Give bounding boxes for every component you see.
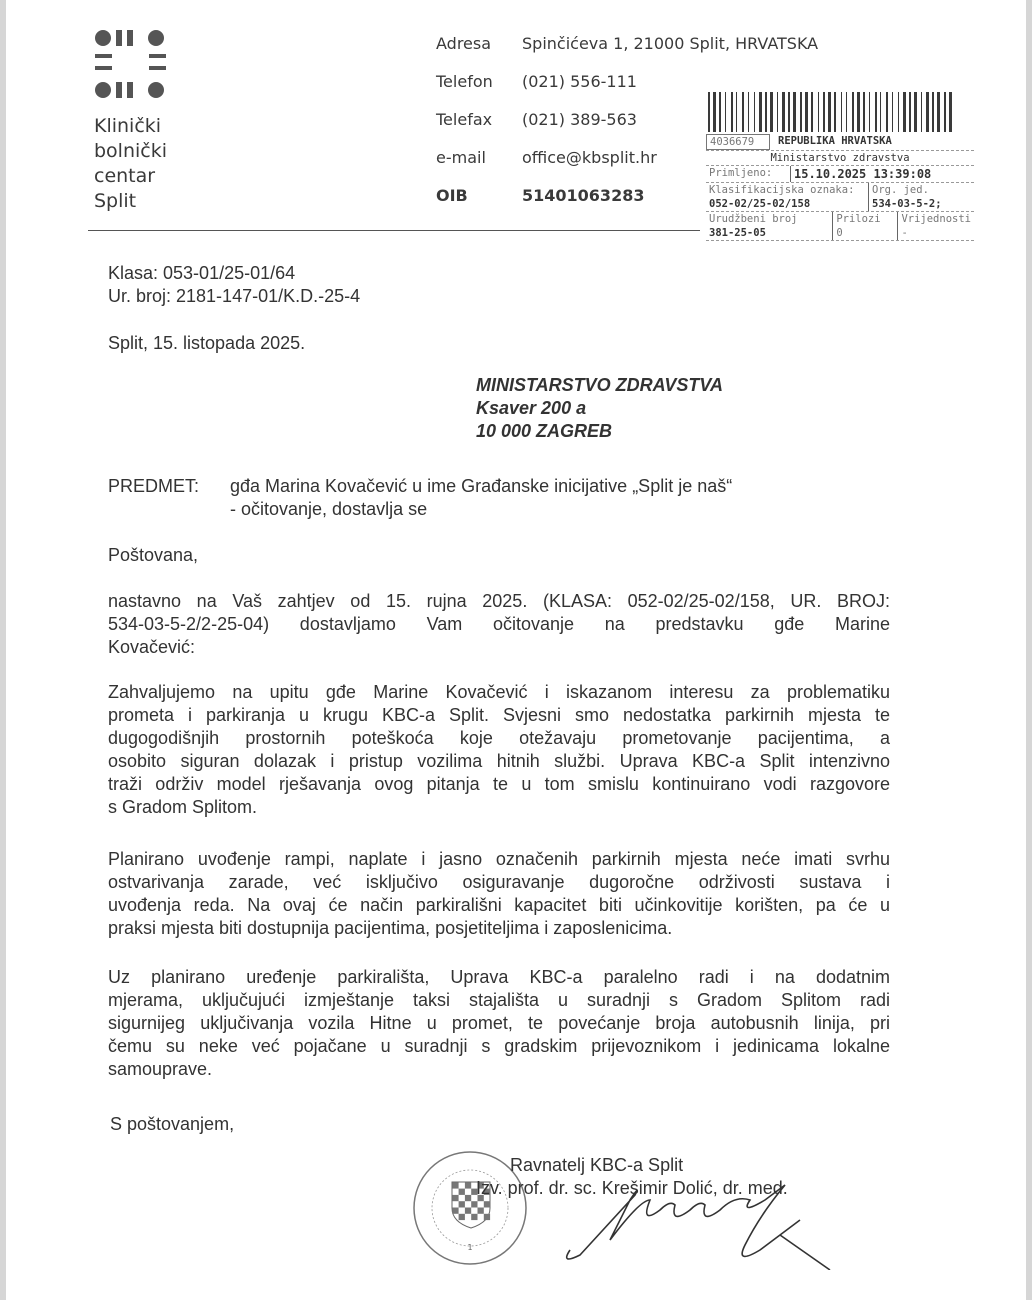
closing: S poštovanjem, bbox=[110, 1113, 234, 1136]
stamp-class-cell: Klasifikacijska oznaka: 052-02/25-02/158 bbox=[706, 183, 868, 211]
stamp-ministry: Ministarstvo zdravstva bbox=[767, 151, 912, 165]
paragraph-line: Uz planirano uređenje parkirališta, Upra… bbox=[108, 966, 890, 989]
subject: PREDMET:gđa Marina Kovačević u ime Građa… bbox=[108, 475, 732, 521]
stamp-number: 4036679 bbox=[706, 134, 770, 150]
stamp-org-value: 534-03-5-2; bbox=[869, 197, 945, 211]
paragraph-line: Planirano uvođenje rampi, naplate i jasn… bbox=[108, 848, 890, 871]
stamp-value-label: Vrijednosti bbox=[898, 212, 974, 226]
stamp-row: Urudžbeni broj 381-25-05 Prilozi 0 Vrije… bbox=[706, 212, 974, 241]
stamp-row: Klasifikacijska oznaka: 052-02/25-02/158… bbox=[706, 183, 974, 212]
receipt-stamp: 4036679 REPUBLIKA HRVATSKA Ministarstvo … bbox=[706, 134, 974, 241]
paragraph-line: samouprave. bbox=[108, 1058, 890, 1081]
recipient-line: MINISTARSTVO ZDRAVSTVA bbox=[476, 374, 723, 397]
stamp-class-value: 052-02/25-02/158 bbox=[706, 197, 868, 211]
reference-block: Klasa: 053-01/25-01/64 Ur. broj: 2181-14… bbox=[108, 262, 360, 308]
contact-label: OIB bbox=[436, 186, 522, 205]
paragraph: Planirano uvođenje rampi, naplate i jasn… bbox=[108, 848, 890, 940]
ur-broj: Ur. broj: 2181-147-01/K.D.-25-4 bbox=[108, 285, 360, 308]
subject-line: gđa Marina Kovačević u ime Građanske ini… bbox=[230, 476, 732, 496]
kbc-split-logo-icon bbox=[94, 28, 172, 104]
stamp-attachments-value: 0 bbox=[833, 226, 897, 240]
signatory-name: Izv. prof. dr. sc. Krešimir Dolić, dr. m… bbox=[470, 1177, 788, 1200]
organization-name: Klinički bolnički centar Split bbox=[94, 114, 167, 214]
letter-date: Split, 15. listopada 2025. bbox=[108, 332, 305, 355]
contact-label: Telefax bbox=[436, 110, 522, 129]
contact-value: 51401063283 bbox=[522, 186, 644, 205]
subject-line: - očitovanje, dostavlja se bbox=[108, 498, 732, 521]
stamp-class-label: Klasifikacijska oznaka: bbox=[706, 183, 868, 197]
signature-block: Ravnatelj KBC-a Split Izv. prof. dr. sc.… bbox=[470, 1154, 788, 1200]
contact-value: (021) 389-563 bbox=[522, 110, 637, 129]
stamp-regno-cell: Urudžbeni broj 381-25-05 bbox=[706, 212, 832, 240]
stamp-regno-label: Urudžbeni broj bbox=[706, 212, 832, 226]
paragraph-line: s Gradom Splitom. bbox=[108, 796, 890, 819]
signatory-title: Ravnatelj KBC-a Split bbox=[470, 1154, 788, 1177]
greeting: Poštovana, bbox=[108, 544, 198, 567]
stamp-row: Primljeno: 15.10.2025 13:39:08 bbox=[706, 166, 974, 183]
stamp-regno-value: 381-25-05 bbox=[706, 226, 832, 240]
paragraph-line: uvođenja reda. Na ovaj će način parkiral… bbox=[108, 894, 890, 917]
contact-value: office@kbsplit.hr bbox=[522, 148, 657, 167]
stamp-row: Ministarstvo zdravstva bbox=[706, 151, 974, 166]
paragraph-line: 534-03-5-2/2-25-04) dostavljamo Vam očit… bbox=[108, 613, 890, 636]
paragraph-line: praksi mjesta biti dostupnija pacijentim… bbox=[108, 917, 890, 940]
stamp-attachments-cell: Prilozi 0 bbox=[832, 212, 897, 240]
paragraph-line: sigurnijeg uključivanja vozila Hitne u p… bbox=[108, 1012, 890, 1035]
paragraph-line: prometa i parkiranja u krugu KBC-a Split… bbox=[108, 704, 890, 727]
paragraph-line: dugogodišnjih prostornih poteškoća koje … bbox=[108, 727, 890, 750]
contact-value: (021) 556-111 bbox=[522, 72, 637, 91]
letterhead-divider bbox=[88, 230, 700, 231]
paragraph-line: traži održiv model rješavanja ovog pitan… bbox=[108, 773, 890, 796]
paragraph: Uz planirano uređenje parkirališta, Upra… bbox=[108, 966, 890, 1081]
recipient-line: Ksaver 200 a bbox=[476, 397, 723, 420]
klasa: Klasa: 053-01/25-01/64 bbox=[108, 262, 360, 285]
stamp-org-label: Org. jed. bbox=[869, 183, 945, 197]
svg-text:1: 1 bbox=[467, 1243, 472, 1252]
paragraph-line: Kovačević: bbox=[108, 636, 890, 659]
org-name-line: Split bbox=[94, 189, 167, 214]
contact-label: e-mail bbox=[436, 148, 522, 167]
paragraph: Zahvaljujemo na upitu gđe Marine Kovačev… bbox=[108, 681, 890, 819]
subject-label: PREDMET: bbox=[108, 475, 230, 498]
contact-label: Adresa bbox=[436, 34, 522, 53]
paragraph-line: nastavno na Vaš zahtjev od 15. rujna 202… bbox=[108, 590, 890, 613]
paragraph-line: ostvarivanja zarade, već isključivo osig… bbox=[108, 871, 890, 894]
stamp-value-value: - bbox=[898, 226, 974, 240]
org-name-line: Klinički bbox=[94, 114, 167, 139]
paragraph-line: osobito siguran dolazak i pristup vozili… bbox=[108, 750, 890, 773]
stamp-attachments-label: Prilozi bbox=[833, 212, 897, 226]
stamp-issuer: REPUBLIKA HRVATSKA bbox=[770, 134, 895, 150]
paragraph-line: Zahvaljujemo na upitu gđe Marine Kovačev… bbox=[108, 681, 890, 704]
stamp-row: 4036679 REPUBLIKA HRVATSKA bbox=[706, 134, 974, 151]
stamp-received-label: Primljeno: bbox=[706, 166, 790, 182]
org-name-line: centar bbox=[94, 164, 167, 189]
stamp-org-cell: Org. jed. 534-03-5-2; bbox=[868, 183, 945, 211]
contact-label: Telefon bbox=[436, 72, 522, 91]
contact-value: Spinčićeva 1, 21000 Split, HRVATSKA bbox=[522, 34, 818, 53]
contact-address: Adresa Spinčićeva 1, 21000 Split, HRVATS… bbox=[436, 34, 818, 72]
recipient-address: MINISTARSTVO ZDRAVSTVA Ksaver 200 a 10 0… bbox=[476, 374, 723, 443]
paragraph-line: mjerama, uključujući izmještanje taksi s… bbox=[108, 989, 890, 1012]
stamp-value-cell: Vrijednosti - bbox=[897, 212, 974, 240]
stamp-received-value: 15.10.2025 13:39:08 bbox=[790, 166, 934, 182]
paragraph-line: čemu su neke već pojačane u suradnji s g… bbox=[108, 1035, 890, 1058]
org-name-line: bolnički bbox=[94, 139, 167, 164]
recipient-line: 10 000 ZAGREB bbox=[476, 420, 723, 443]
paragraph: nastavno na Vaš zahtjev od 15. rujna 202… bbox=[108, 590, 890, 659]
barcode-icon bbox=[706, 92, 954, 132]
